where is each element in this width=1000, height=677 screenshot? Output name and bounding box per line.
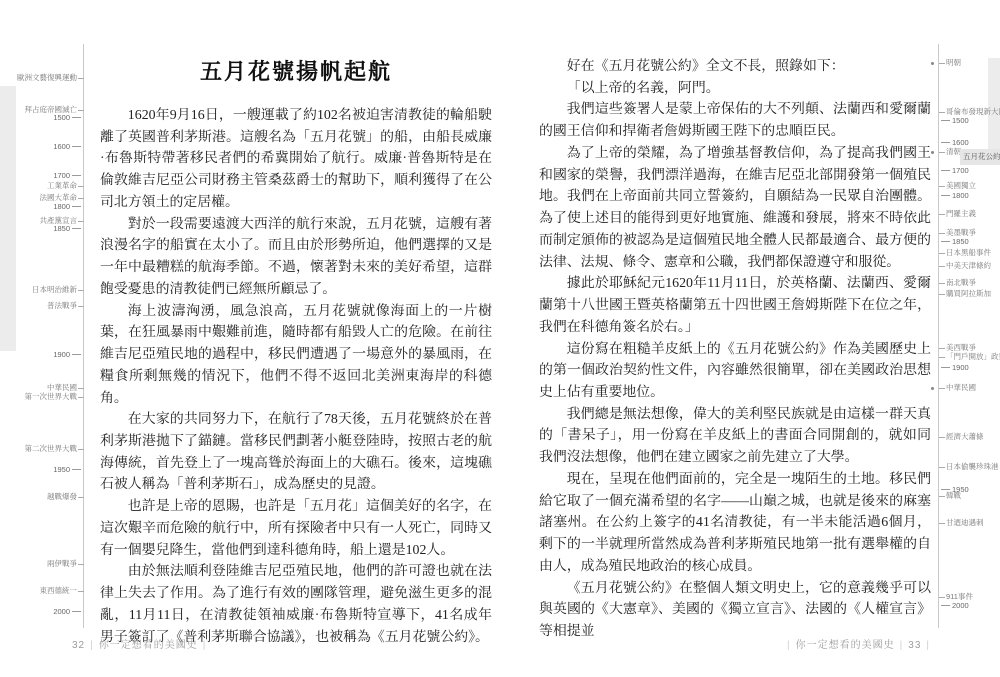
year-tick-dash bbox=[72, 175, 81, 176]
timeline-tick bbox=[939, 253, 945, 254]
year-tick-dash bbox=[941, 120, 950, 121]
timeline-event-label: 經濟大蕭條 bbox=[946, 432, 984, 442]
timeline-event-label: 日本黑船事件 bbox=[946, 248, 991, 258]
timeline-event-label: 普法戰爭 bbox=[47, 301, 77, 311]
timeline-year-label: 1900 bbox=[53, 350, 83, 360]
right-page-number: 33 bbox=[908, 640, 921, 651]
timeline-tick bbox=[78, 78, 84, 79]
timeline-year-label: 1950 bbox=[53, 465, 83, 475]
footer-separator: | bbox=[85, 640, 99, 651]
timeline-year-text: 1700 bbox=[952, 166, 969, 175]
timeline-year-label: 2000 bbox=[53, 607, 83, 617]
timeline-year-label: 1850 bbox=[939, 237, 969, 247]
timeline-tick bbox=[939, 112, 945, 113]
timeline-year-label: 1900 bbox=[939, 363, 969, 373]
timeline-tick bbox=[78, 186, 84, 187]
paragraph: 「以上帝的名義，阿門。 bbox=[539, 78, 931, 100]
timeline-year-label: 1700 bbox=[939, 166, 969, 176]
timeline-dynasty-label: 清朝 bbox=[946, 147, 961, 157]
timeline-axis-right bbox=[938, 44, 939, 628]
footer-separator: | bbox=[198, 640, 212, 651]
timeline-event-label: 第二次世界大戰 bbox=[25, 444, 78, 454]
timeline-tick bbox=[78, 388, 84, 389]
chapter-title: 五月花號揚帆起航 bbox=[100, 55, 492, 86]
timeline-year-text: 1700 bbox=[53, 171, 70, 180]
year-tick-dash bbox=[72, 228, 81, 229]
timeline-tick bbox=[939, 467, 945, 468]
timeline-event-label: 日本明治維新 bbox=[32, 285, 77, 295]
timeline-event-label: 東西德統一 bbox=[40, 586, 78, 596]
timeline-event-label: 南北戰爭 bbox=[946, 278, 976, 288]
right-page-body: 好在《五月花號公約》全文不長，照錄如下：「以上帝的名義，阿門。我們這些簽署人是蒙… bbox=[539, 56, 931, 643]
timeline-axis-left bbox=[83, 44, 84, 628]
timeline-tick bbox=[939, 233, 945, 234]
year-tick-dash bbox=[941, 142, 950, 143]
year-tick-dash bbox=[941, 170, 950, 171]
timeline-tick bbox=[78, 497, 84, 498]
timeline-tick bbox=[939, 214, 945, 215]
book-spread: 歐洲文藝復興運動拜占庭帝國滅亡150016001700工業革命法國大革命1800… bbox=[0, 0, 1000, 677]
timeline-year-text: 1900 bbox=[952, 363, 969, 372]
timeline-year-text: 1500 bbox=[53, 113, 70, 122]
year-tick-dash bbox=[941, 605, 950, 606]
timeline-year-text: 2000 bbox=[53, 607, 70, 616]
timeline-tick bbox=[78, 449, 84, 450]
timeline-event-label: 美國獨立 bbox=[946, 181, 976, 191]
paragraph: 在大家的共同努力下，在航行了78天後，五月花號終於在普利茅斯港拋下了錨鏈。當移民… bbox=[100, 409, 492, 496]
paragraph: 這份寫在粗糙羊皮紙上的《五月花號公約》作為美國歷史上的第一個政治契約性文件，內容… bbox=[539, 339, 931, 404]
timeline-tick bbox=[939, 283, 945, 284]
timeline-tick bbox=[939, 437, 945, 438]
chapter-edge-tab-right bbox=[988, 58, 1000, 151]
timeline-event-label: 日本偷襲珍珠港 bbox=[946, 462, 999, 472]
year-tick-dash bbox=[72, 611, 81, 612]
timeline-tick bbox=[78, 198, 84, 199]
timeline-year-label: 1500 bbox=[53, 113, 83, 123]
footer-separator: | bbox=[921, 640, 935, 651]
paragraph: 我們這些簽署人是蒙上帝保佑的大不列顛、法蘭西和愛爾蘭的國王信仰和捍衛者詹姆斯國王… bbox=[539, 99, 931, 142]
timeline-year-text: 1850 bbox=[952, 237, 969, 246]
dynasty-marker-dot bbox=[931, 387, 934, 390]
timeline-dynasty-label: 中華民國 bbox=[946, 383, 976, 393]
timeline-tick bbox=[939, 63, 945, 64]
year-tick-dash bbox=[941, 195, 950, 196]
year-tick-dash bbox=[72, 206, 81, 207]
timeline-tick bbox=[939, 294, 945, 295]
dynasty-marker-dot bbox=[931, 151, 934, 154]
dynasty-marker-dot bbox=[931, 62, 934, 65]
timeline-year-label: 2000 bbox=[939, 601, 969, 611]
timeline-year-text: 1950 bbox=[53, 465, 70, 474]
year-tick-dash bbox=[72, 146, 81, 147]
paragraph: 對於一段需要遠渡大西洋的航行來說，五月花號，這艘有著浪漫名字的船實在太小了。而且… bbox=[100, 214, 492, 301]
timeline-tick bbox=[939, 348, 945, 349]
footer-separator: | bbox=[895, 640, 909, 651]
year-tick-dash bbox=[72, 469, 81, 470]
left-page-body: 1620年9月16日，一艘運載了約102名被迫害清教徒的輪船駛離了英國普利茅斯港… bbox=[100, 105, 492, 648]
timeline-event-label: 韓戰 bbox=[946, 491, 961, 501]
timeline-tick bbox=[939, 388, 945, 389]
timeline-event-label: 中美天津條約 bbox=[946, 261, 991, 271]
chapter-edge-tab-left bbox=[0, 86, 16, 351]
paragraph: 據此於耶穌紀元1620年11月11日，於英格蘭、法蘭西、愛爾蘭第十八世國王暨英格… bbox=[539, 273, 931, 338]
timeline-tick bbox=[78, 564, 84, 565]
timeline-tick bbox=[939, 186, 945, 187]
timeline-event-label: 甘迺迪遇刺 bbox=[946, 518, 984, 528]
timeline-tick bbox=[78, 290, 84, 291]
timeline-year-text: 1800 bbox=[952, 191, 969, 200]
year-tick-dash bbox=[941, 489, 950, 490]
timeline-event-label: 「門戶開放」政策 bbox=[946, 352, 1000, 362]
timeline-year-text: 1850 bbox=[53, 224, 70, 233]
paragraph: 為了上帝的榮耀，為了增強基督教信仰，為了提高我們國王和國家的榮譽，我們漂洋過海，… bbox=[539, 143, 931, 273]
timeline-tick bbox=[939, 597, 945, 598]
timeline-event-label: 歐洲文藝復興運動 bbox=[17, 73, 77, 83]
paragraph: 1620年9月16日，一艘運載了約102名被迫害清教徒的輪船駛離了英國普利茅斯港… bbox=[100, 105, 492, 214]
paragraph: 我們總是無法想像，偉大的美利堅民族就是由這樣一群天真的「書呆子」，用一份寫在羊皮… bbox=[539, 404, 931, 469]
paragraph: 也許是上帝的恩賜，也許是「五月花」這個美好的名字，在這次艱辛而危險的航行中，所有… bbox=[100, 496, 492, 561]
timeline-year-text: 1500 bbox=[952, 116, 969, 125]
paragraph: 好在《五月花號公約》全文不長，照錄如下： bbox=[539, 56, 931, 78]
timeline-year-label: 1850 bbox=[53, 224, 83, 234]
paragraph: 海上波濤洶湧，風急浪高，五月花號就像海面上的一片樹葉，在狂風暴雨中艱難前進，隨時… bbox=[100, 301, 492, 410]
timeline-year-text: 2000 bbox=[952, 601, 969, 610]
timeline-tick bbox=[78, 221, 84, 222]
paragraph: 《五月花號公約》在整個人類文明史上，它的意義幾乎可以與英國的《大憲章》、美國的《… bbox=[539, 578, 931, 643]
timeline-dynasty-label: 明朝 bbox=[946, 58, 961, 68]
footer-book-title: 你一定想看的美國史 bbox=[99, 640, 198, 651]
timeline-tick bbox=[939, 523, 945, 524]
left-page-footer: 32|你一定想看的美國史| bbox=[72, 636, 211, 651]
timeline-year-label: 1500 bbox=[939, 116, 969, 126]
timeline-year-label: 1600 bbox=[53, 142, 83, 152]
timeline-event-label: 第一次世界大戰 bbox=[25, 392, 78, 402]
footer-separator: | bbox=[782, 640, 796, 651]
timeline-tick bbox=[939, 357, 945, 358]
left-page-number: 32 bbox=[72, 640, 85, 651]
timeline-event-label: 購買阿拉斯加 bbox=[946, 289, 991, 299]
timeline-year-label: 1700 bbox=[53, 171, 83, 181]
year-tick-dash bbox=[941, 367, 950, 368]
timeline-year-text: 1600 bbox=[53, 142, 70, 151]
year-tick-dash bbox=[941, 241, 950, 242]
timeline-tick bbox=[78, 397, 84, 398]
timeline-event-label: 兩伊戰爭 bbox=[47, 559, 77, 569]
timeline-tick bbox=[939, 152, 945, 153]
year-tick-dash bbox=[72, 354, 81, 355]
timeline-highlight-label: 五月花公約 bbox=[960, 149, 1000, 165]
timeline-year-label: 1800 bbox=[53, 202, 83, 212]
timeline-year-label: 1800 bbox=[939, 191, 969, 201]
timeline-tick bbox=[78, 306, 84, 307]
footer-book-title: 你一定想看的美國史 bbox=[796, 640, 895, 651]
timeline-year-text: 1600 bbox=[952, 138, 969, 147]
right-page-footer: |你一定想看的美國史|33| bbox=[782, 636, 935, 651]
timeline-tick bbox=[939, 496, 945, 497]
timeline-event-label: 門羅主義 bbox=[946, 209, 976, 219]
timeline-year-text: 1800 bbox=[53, 202, 70, 211]
timeline-event-label: 越戰爆發 bbox=[47, 492, 77, 502]
paragraph: 現在，呈現在他們面前的，完全是一塊陌生的土地。移民們給它取了一個充滿希望的名字—… bbox=[539, 469, 931, 578]
timeline-tick bbox=[78, 110, 84, 111]
timeline-event-label: 工業革命 bbox=[47, 181, 77, 191]
timeline-year-text: 1900 bbox=[53, 350, 70, 359]
timeline-tick bbox=[939, 266, 945, 267]
timeline-tick bbox=[78, 591, 84, 592]
year-tick-dash bbox=[72, 117, 81, 118]
